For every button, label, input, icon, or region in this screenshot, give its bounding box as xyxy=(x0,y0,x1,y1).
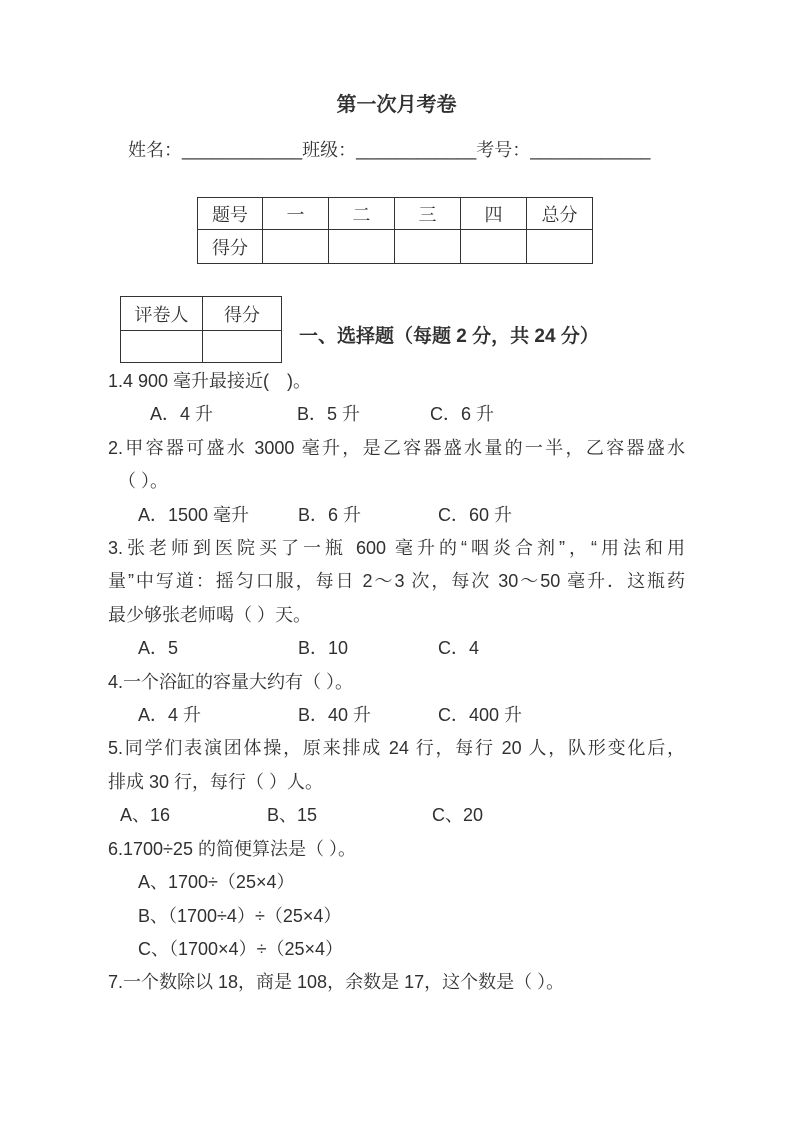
question-text: 1.4 900 毫升最接近( )。 xyxy=(108,365,685,398)
option-c: C、（1700×4）÷（25×4） xyxy=(108,933,685,966)
grader-table-blank-row xyxy=(121,331,282,363)
exam-number-blank: ____________ xyxy=(530,140,650,160)
question-text: 4.一个浴缸的容量大约有（ ）。 xyxy=(108,666,685,699)
question-text: 6.1700÷25 的简便算法是（ ）。 xyxy=(108,833,685,866)
name-label: 姓名： xyxy=(128,140,182,160)
score-table-header-cell: 二 xyxy=(329,198,395,230)
score-cell xyxy=(461,230,527,264)
grader-header-cell: 评卷人 xyxy=(121,297,203,331)
class-label: 班级： xyxy=(302,140,356,160)
question-3: 3.张老师到医院买了一瓶 600 毫升的“咽炎合剂”，“用法和用 量”中写道：摇… xyxy=(108,532,685,666)
option-c: C．6 升 xyxy=(430,398,494,431)
grader-table-header-row: 评卷人 得分 xyxy=(121,297,282,331)
question-7: 7.一个数除以 18，商是 108，余数是 17，这个数是（ ）。 xyxy=(108,966,685,999)
score-table-header-cell: 题号 xyxy=(198,198,263,230)
score-cell xyxy=(395,230,461,264)
grader-blank-cell xyxy=(121,331,203,363)
question-text: 5.同学们表演团体操，原来排成 24 行，每行 20 人，队形变化后， xyxy=(108,732,685,765)
question-6: 6.1700÷25 的简便算法是（ ）。 A、1700÷（25×4） B、（17… xyxy=(108,833,685,967)
score-table-header-cell: 总分 xyxy=(527,198,593,230)
question-text: 最少够张老师喝（ ）天。 xyxy=(108,599,685,632)
option-b: B．40 升 xyxy=(298,699,438,732)
question-2: 2.甲容器可盛水 3000 毫升，是乙容器盛水量的一半，乙容器盛水 （ ）。 A… xyxy=(108,432,685,532)
option-b: B．5 升 xyxy=(297,398,430,431)
grader-section: 评卷人 得分 一、选择题（每题 2 分，共 24 分） xyxy=(108,296,685,363)
grader-header-cell: 得分 xyxy=(203,297,282,331)
question-options: A．4 升 B．40 升 C．400 升 xyxy=(108,699,685,732)
section-one-heading: 一、选择题（每题 2 分，共 24 分） xyxy=(299,324,599,350)
question-options: A．1500 毫升 B．6 升 C．60 升 xyxy=(108,499,685,532)
option-a: A、1700÷（25×4） xyxy=(108,866,685,899)
question-text: 2.甲容器可盛水 3000 毫升，是乙容器盛水量的一半，乙容器盛水 xyxy=(108,432,685,465)
option-a: A．5 xyxy=(138,632,298,665)
option-b: B、15 xyxy=(267,799,432,832)
question-5: 5.同学们表演团体操，原来排成 24 行，每行 20 人，队形变化后， 排成 3… xyxy=(108,732,685,832)
option-a: A．4 升 xyxy=(138,699,298,732)
score-table-score-row: 得分 xyxy=(198,230,593,264)
grader-blank-cell xyxy=(203,331,282,363)
exam-number-label: 考号： xyxy=(476,140,530,160)
question-list: 1.4 900 毫升最接近( )。 A．4 升 B．5 升 C．6 升 2.甲容… xyxy=(108,365,685,1000)
score-cell xyxy=(263,230,329,264)
name-blank: ____________ xyxy=(182,140,302,160)
question-text: 量”中写道：摇匀口服，每日 2～3 次，每次 30～50 毫升．这瓶药 xyxy=(108,565,685,598)
question-text: 排成 30 行，每行（ ）人。 xyxy=(108,766,685,799)
score-cell xyxy=(329,230,395,264)
option-c: C．400 升 xyxy=(438,699,522,732)
question-4: 4.一个浴缸的容量大约有（ ）。 A．4 升 B．40 升 C．400 升 xyxy=(108,666,685,733)
class-blank: ____________ xyxy=(356,140,476,160)
option-a: A．4 升 xyxy=(150,398,297,431)
score-table-header-cell: 四 xyxy=(461,198,527,230)
question-text: 3.张老师到医院买了一瓶 600 毫升的“咽炎合剂”，“用法和用 xyxy=(108,532,685,565)
option-c: C．60 升 xyxy=(438,499,512,532)
exam-page: 第一次月考卷 姓名：____________班级：____________考号：… xyxy=(0,0,793,1122)
student-info-line: 姓名：____________班级：____________考号：_______… xyxy=(108,134,685,167)
score-table-header-cell: 三 xyxy=(395,198,461,230)
score-table: 题号 一 二 三 四 总分 得分 xyxy=(197,197,593,264)
score-table-header-cell: 一 xyxy=(263,198,329,230)
score-table-header-row: 题号 一 二 三 四 总分 xyxy=(198,198,593,230)
question-text: （ ）。 xyxy=(108,465,685,498)
grader-table: 评卷人 得分 xyxy=(120,296,282,363)
question-options: A、16 B、15 C、20 xyxy=(108,799,685,832)
option-b: B．6 升 xyxy=(298,499,438,532)
option-a: A、16 xyxy=(120,799,267,832)
option-a: A．1500 毫升 xyxy=(138,499,298,532)
option-c: C．4 xyxy=(438,632,479,665)
option-b: B．10 xyxy=(298,632,438,665)
question-text: 7.一个数除以 18，商是 108，余数是 17，这个数是（ ）。 xyxy=(108,966,685,999)
question-options: A．5 B．10 C．4 xyxy=(108,632,685,665)
option-b: B、（1700÷4）÷（25×4） xyxy=(108,900,685,933)
page-title: 第一次月考卷 xyxy=(108,92,685,118)
score-cell xyxy=(527,230,593,264)
option-c: C、20 xyxy=(432,799,483,832)
question-options: A．4 升 B．5 升 C．6 升 xyxy=(108,398,685,431)
score-row-label: 得分 xyxy=(198,230,263,264)
question-1: 1.4 900 毫升最接近( )。 A．4 升 B．5 升 C．6 升 xyxy=(108,365,685,432)
